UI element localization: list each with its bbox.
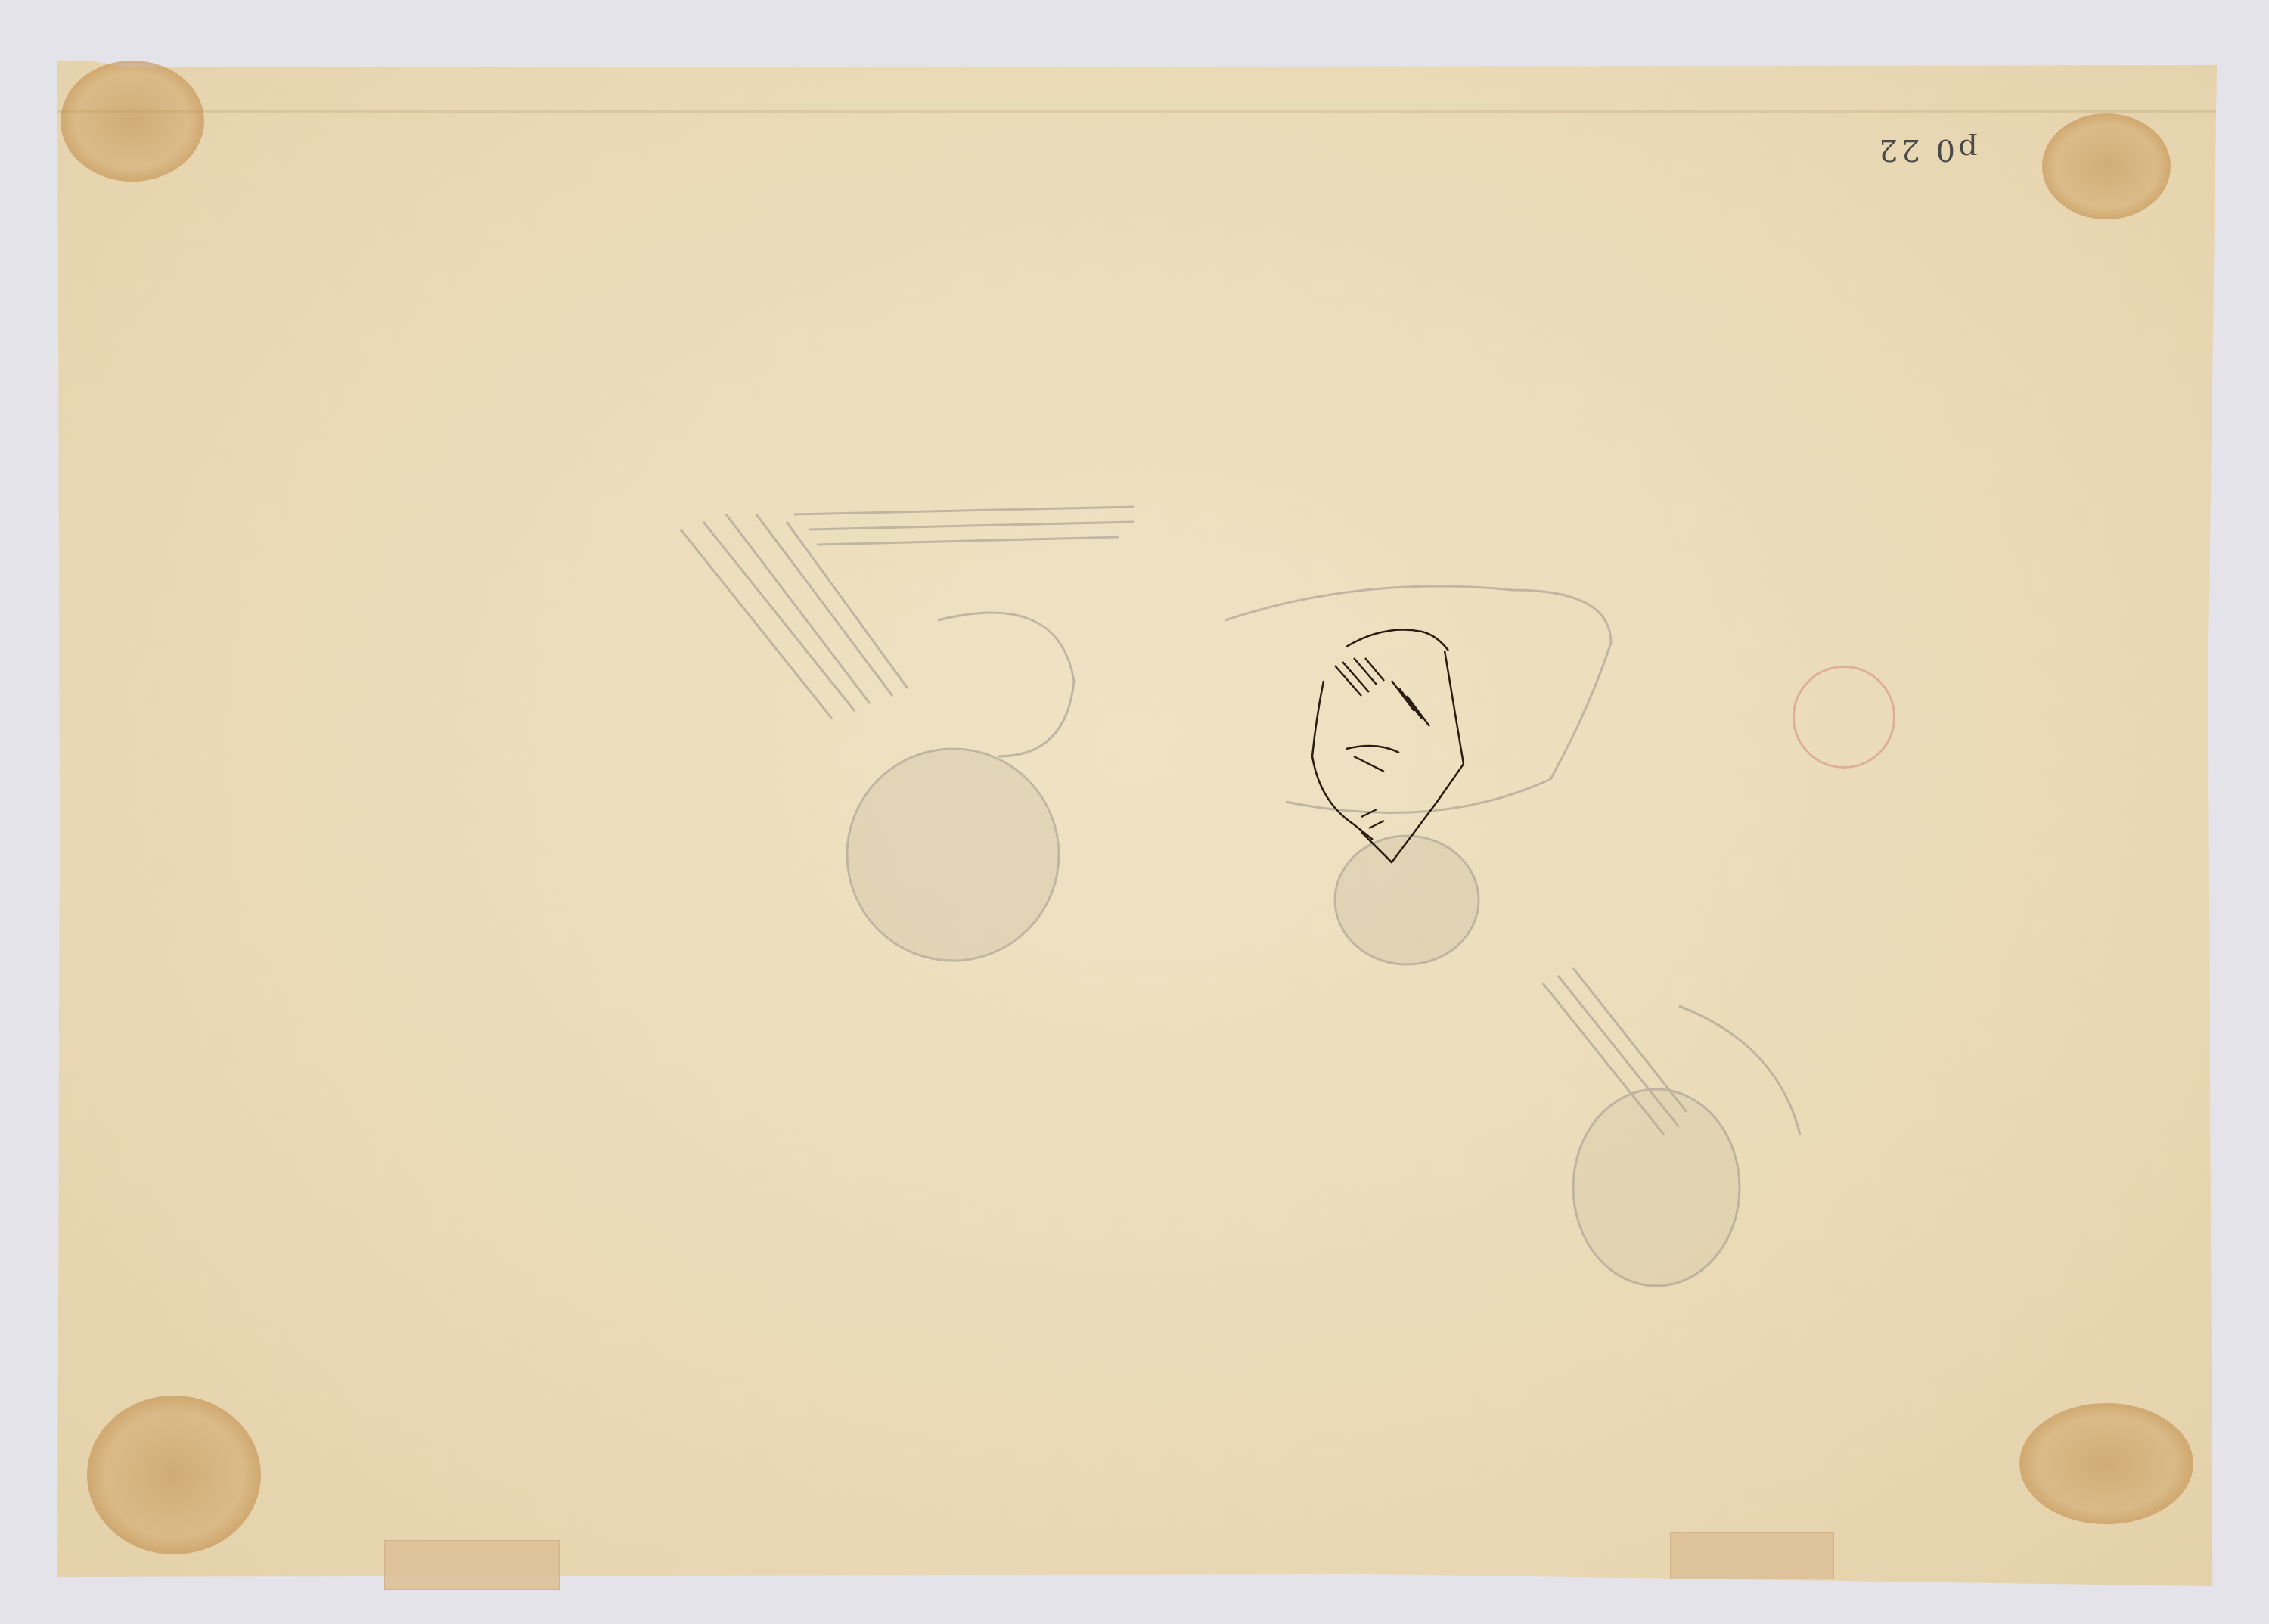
ink-head-sketch [0,0,2269,1624]
